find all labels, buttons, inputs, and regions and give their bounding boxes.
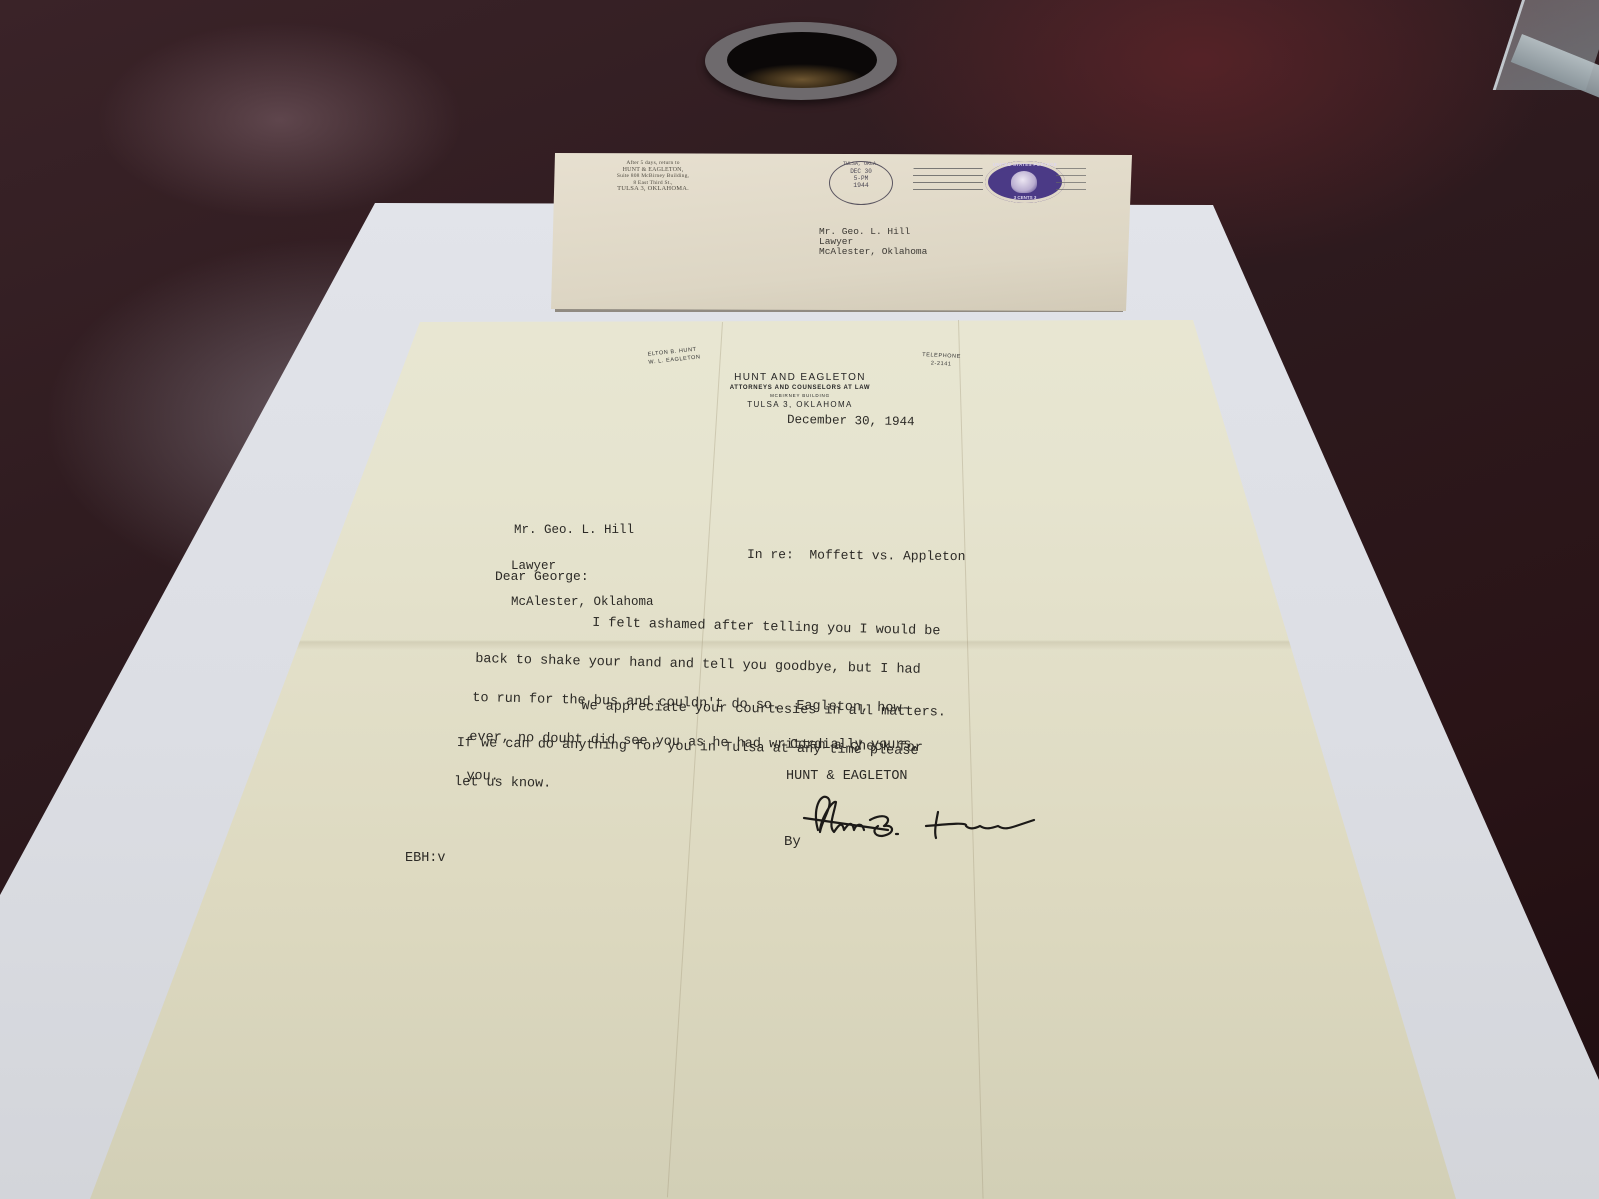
- reference-initials: EBH:v: [405, 851, 446, 866]
- letterhead-city: TULSA 3, OKLAHOMA: [700, 400, 900, 409]
- salutation: Dear George:: [495, 569, 589, 584]
- firm-signature-block: HUNT & EAGLETON: [786, 769, 908, 784]
- paragraph-line: I felt ashamed after telling you I would…: [592, 617, 941, 639]
- table-cable-grommet: [705, 22, 897, 100]
- postage-stamp-icon: UNITED STATES POSTAGE 3 CENTS 3: [985, 161, 1065, 203]
- letterhead-subtitle: ATTORNEYS AND COUNSELORS AT LAW: [680, 385, 920, 391]
- subject-line: In re: Moffett vs. Appleton: [747, 547, 966, 564]
- grommet-hole: [727, 32, 877, 88]
- handwritten-signature-icon: Elton B. Hunt: [798, 790, 1073, 850]
- letterhead-building: McBIRNEY BUILDING: [700, 393, 900, 398]
- cancellation-lines-icon: [913, 165, 983, 195]
- letterhead-firm-name: HUNT AND EAGLETON: [700, 372, 900, 383]
- postmark-icon: TULSA, OKLA. DEC 30 5-PM 1944: [829, 161, 893, 205]
- return-address-line: TULSA 3, OKLAHOMA.: [583, 186, 723, 193]
- letterhead-telephone: TELEPHONE 2-2141: [922, 351, 962, 369]
- postmark-ring-text: TULSA, OKLA.: [830, 161, 892, 168]
- letter-date: December 30, 1944: [787, 413, 915, 429]
- closing: Cordially yours,: [790, 738, 920, 753]
- cancellation-lines-icon: [1056, 165, 1086, 195]
- envelope-return-address: After 5 days, return to HUNT & EAGLETON,…: [583, 160, 723, 193]
- envelope: After 5 days, return to HUNT & EAGLETON,…: [551, 153, 1132, 311]
- recipient-line: McAlester, Oklahoma: [819, 247, 927, 257]
- postmark-time: 5-PM: [830, 175, 892, 182]
- stamp-text: UNITED STATES POSTAGE: [985, 162, 1065, 167]
- paragraph-line: We appreciate your courtesies in all mat…: [581, 700, 946, 719]
- photo-scene: After 5 days, return to HUNT & EAGLETON,…: [0, 0, 1599, 1199]
- postmark-date: DEC 30: [830, 168, 892, 175]
- stamp-value: 3 CENTS 3: [985, 195, 1065, 200]
- inside-address-line: Mr. Geo. L. Hill: [514, 524, 654, 536]
- postmark-year: 1944: [830, 182, 892, 189]
- envelope-recipient-address: Mr. Geo. L. Hill Lawyer McAlester, Oklah…: [819, 227, 927, 257]
- stamp-portrait-icon: [1011, 171, 1037, 193]
